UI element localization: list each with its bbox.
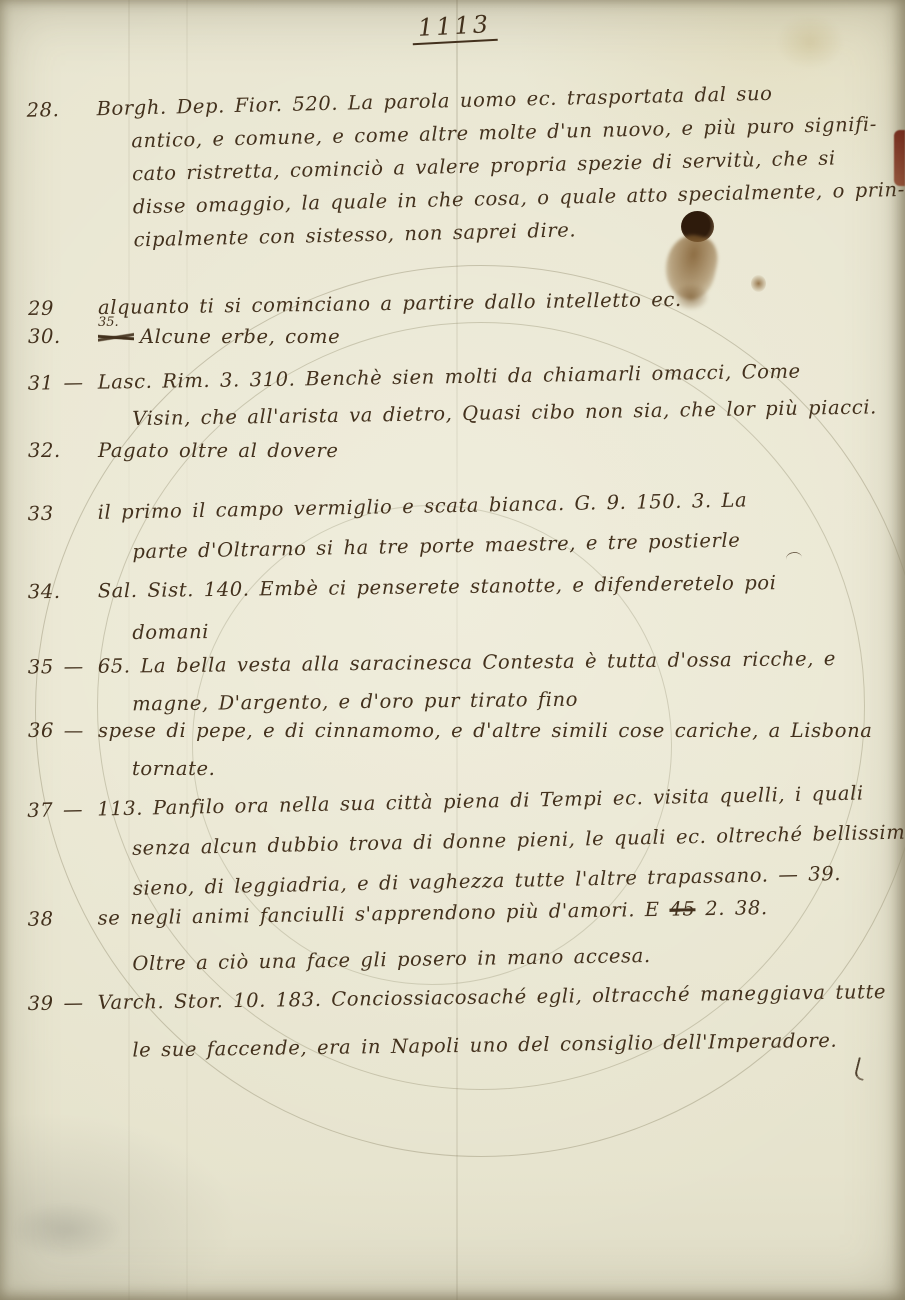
- entry-text-line: Alcune erbe, come: [98, 320, 889, 354]
- entry-text-line: spese di pepe, e di cinnamomo, e d'altre…: [98, 712, 889, 750]
- entry-number: 33: [27, 493, 94, 534]
- entry-32: 32. Pagato oltre al dovere: [28, 434, 889, 468]
- entry-text-line: le sue faccende, era in Napoli uno del c…: [98, 1016, 890, 1075]
- entry-33: 33 il primo il campo vermiglio e scata b…: [27, 478, 889, 575]
- entry-number: 32.: [28, 434, 94, 468]
- entry-28: 28. Borgh. Dep. Fior. 520. La parola uom…: [26, 74, 891, 258]
- entry-number: 35 —: [28, 648, 94, 687]
- entry-39: 39 — Varch. Stor. 10. 183. Conciossiacos…: [27, 968, 889, 1076]
- paper-stain: [14, 1204, 119, 1256]
- struck-through-text: 45: [669, 897, 695, 920]
- insertion-mark: [785, 551, 803, 566]
- red-edge-mark: [894, 130, 905, 186]
- page-number: 1113: [411, 10, 498, 45]
- entry-number: 34.: [28, 570, 95, 613]
- entry-number: 36 —: [28, 712, 94, 750]
- manuscript-page: 1113 28. Borgh. Dep. Fior. 520. La parol…: [0, 0, 905, 1300]
- entry-number: 39 —: [27, 979, 94, 1028]
- entry-number: 31 —: [27, 364, 94, 402]
- interlinear-note: 35.: [98, 306, 119, 340]
- entry-number: 30.: [28, 320, 94, 354]
- entry-text-line: Pagato oltre al dovere: [98, 434, 889, 468]
- entry-text-line: alquanto ti si cominciano a partire dall…: [98, 280, 889, 325]
- entry-30: 35. 30. Alcune erbe, come: [28, 320, 889, 354]
- paper-stain: [778, 16, 842, 68]
- entry-number: 38: [27, 896, 94, 943]
- entry-number: 28.: [26, 92, 93, 126]
- entry-number: 37 —: [27, 790, 94, 831]
- entry-31: 31 — Lasc. Rim. 3. 310. Benchè sien molt…: [27, 351, 889, 439]
